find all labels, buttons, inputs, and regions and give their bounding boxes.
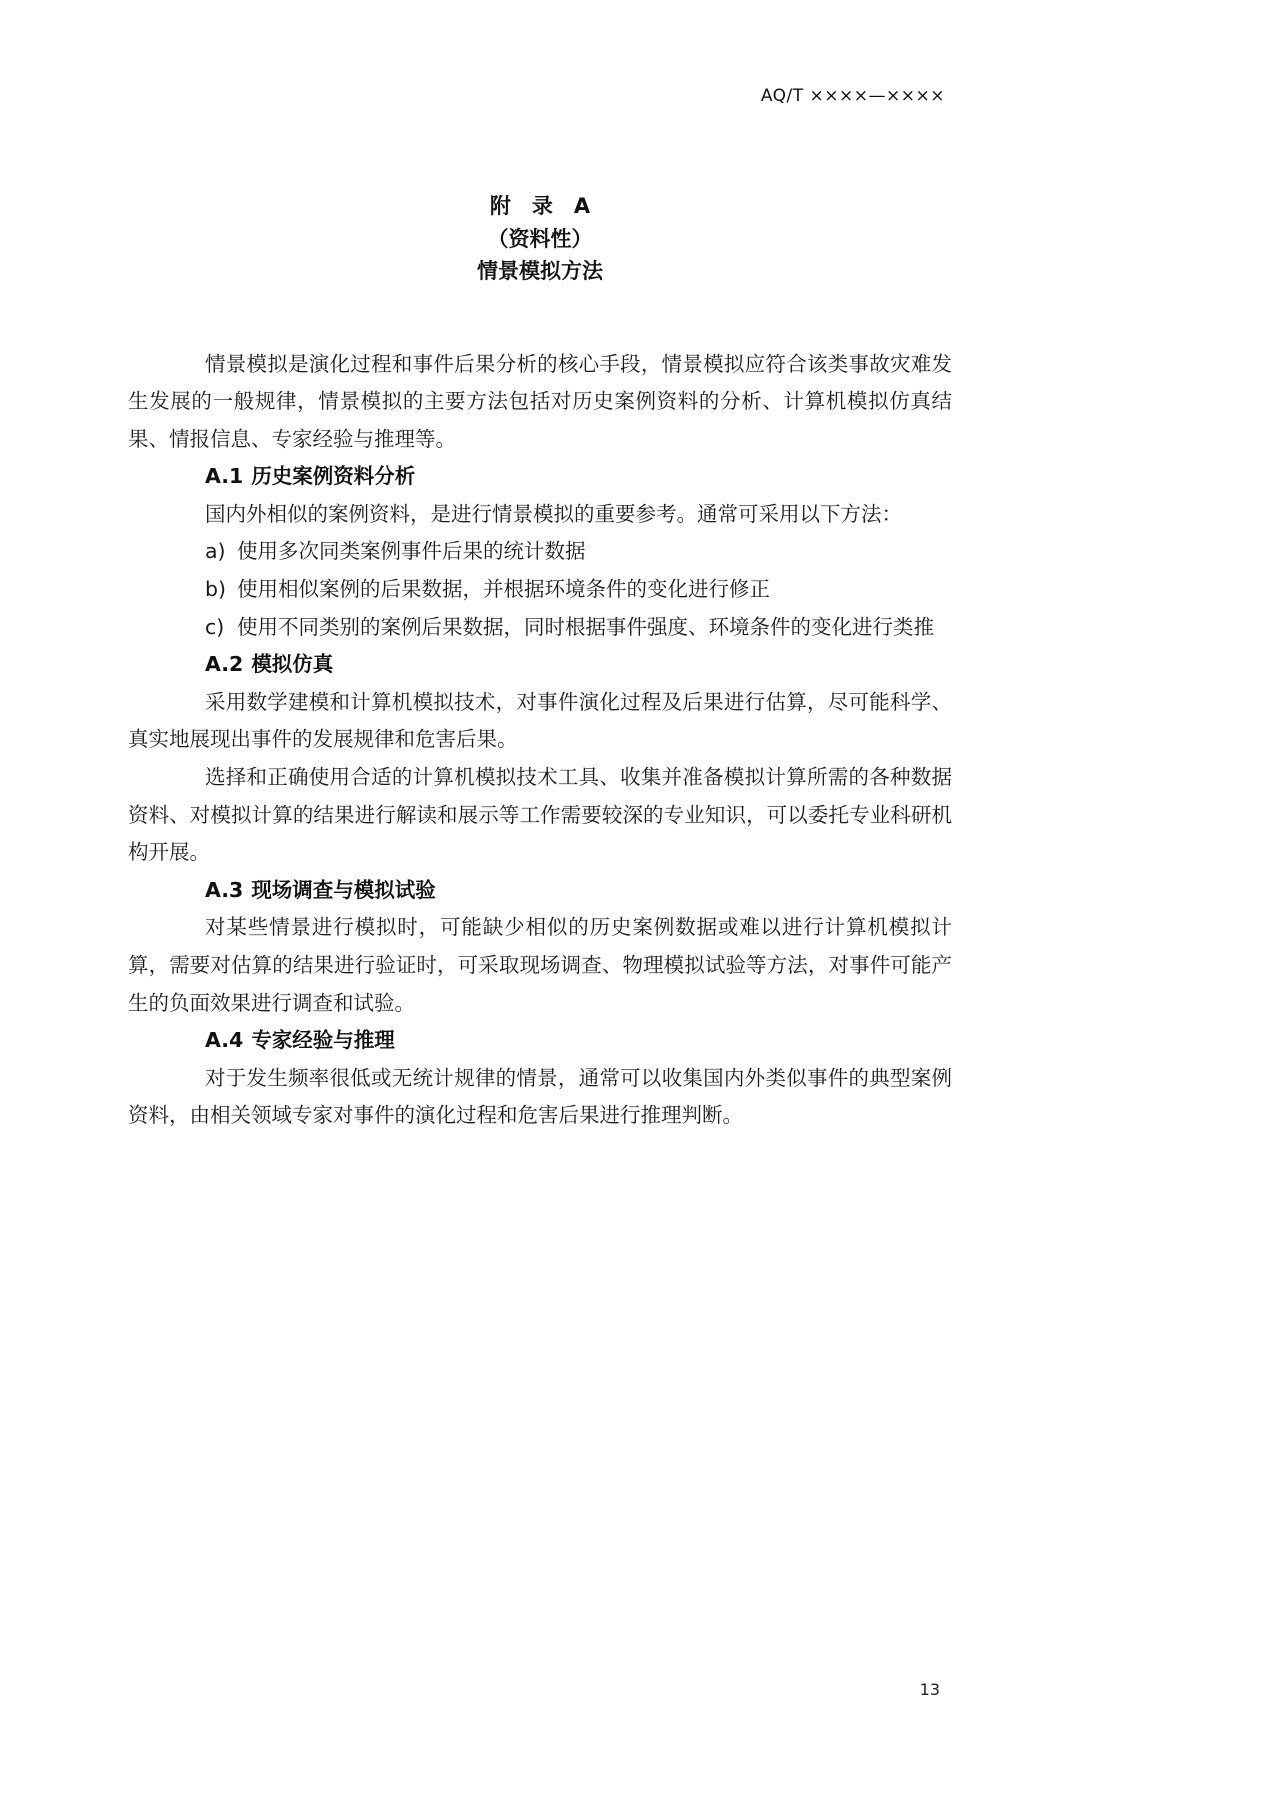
paragraph-intro: 情景模拟是演化过程和事件后果分析的核心手段，情景模拟应符合该类事故灾难发生发展的…	[128, 346, 952, 459]
appendix-subtitle: （资料性）	[128, 223, 952, 256]
list-item-text: 使用多次同类案例事件后果的统计数据	[237, 539, 586, 563]
body-text: 情景模拟是演化过程和事件后果分析的核心手段，情景模拟应符合该类事故灾难发生发展的…	[128, 346, 952, 1135]
page-number: 13	[920, 1680, 940, 1699]
section-title: 现场调查与模拟试验	[251, 878, 436, 902]
page-content: 附 录 A （资料性） 情景模拟方法 情景模拟是演化过程和事件后果分析的核心手段…	[128, 190, 952, 1135]
section-heading-a2: A.2模拟仿真	[128, 646, 952, 684]
section-heading-a1: A.1历史案例资料分析	[128, 458, 952, 496]
section-title: 历史案例资料分析	[251, 464, 415, 488]
paragraph-a1-intro: 国内外相似的案例资料，是进行情景模拟的重要参考。通常可采用以下方法：	[128, 496, 952, 534]
list-marker: c)	[205, 609, 227, 647]
doc-code-header: AQ/T ××××—××××	[761, 86, 945, 106]
list-item-c: c)使用不同类别的案例后果数据，同时根据事件强度、环境条件的变化进行类推	[128, 609, 952, 647]
section-title: 模拟仿真	[251, 652, 333, 676]
section-heading-a3: A.3现场调查与模拟试验	[128, 872, 952, 910]
section-number: A.1	[205, 464, 243, 488]
list-item-b: b)使用相似案例的后果数据，并根据环境条件的变化进行修正	[128, 571, 952, 609]
appendix-section-title: 情景模拟方法	[128, 255, 952, 288]
list-item-a: a)使用多次同类案例事件后果的统计数据	[128, 533, 952, 571]
section-number: A.2	[205, 652, 243, 676]
paragraph-a2-2: 选择和正确使用合适的计算机模拟技术工具、收集并准备模拟计算所需的各种数据资料、对…	[128, 759, 952, 872]
paragraph-a2-1: 采用数学建模和计算机模拟技术，对事件演化过程及后果进行估算，尽可能科学、真实地展…	[128, 684, 952, 759]
appendix-title-block: 附 录 A （资料性） 情景模拟方法	[128, 190, 952, 288]
list-marker: a)	[205, 533, 227, 571]
section-heading-a4: A.4专家经验与推理	[128, 1022, 952, 1060]
list-item-text: 使用相似案例的后果数据，并根据环境条件的变化进行修正	[237, 577, 770, 601]
appendix-title: 附 录 A	[128, 190, 952, 223]
document-page: AQ/T ××××—×××× 附 录 A （资料性） 情景模拟方法 情景模拟是演…	[0, 0, 1280, 1810]
paragraph-a3-1: 对某些情景进行模拟时，可能缺少相似的历史案例数据或难以进行计算机模拟计算，需要对…	[128, 909, 952, 1022]
list-item-text: 使用不同类别的案例后果数据，同时根据事件强度、环境条件的变化进行类推	[237, 615, 934, 639]
section-number: A.3	[205, 878, 243, 902]
section-title: 专家经验与推理	[251, 1028, 395, 1052]
list-marker: b)	[205, 571, 227, 609]
section-number: A.4	[205, 1028, 243, 1052]
paragraph-a4-1: 对于发生频率很低或无统计规律的情景，通常可以收集国内外类似事件的典型案例资料，由…	[128, 1060, 952, 1135]
